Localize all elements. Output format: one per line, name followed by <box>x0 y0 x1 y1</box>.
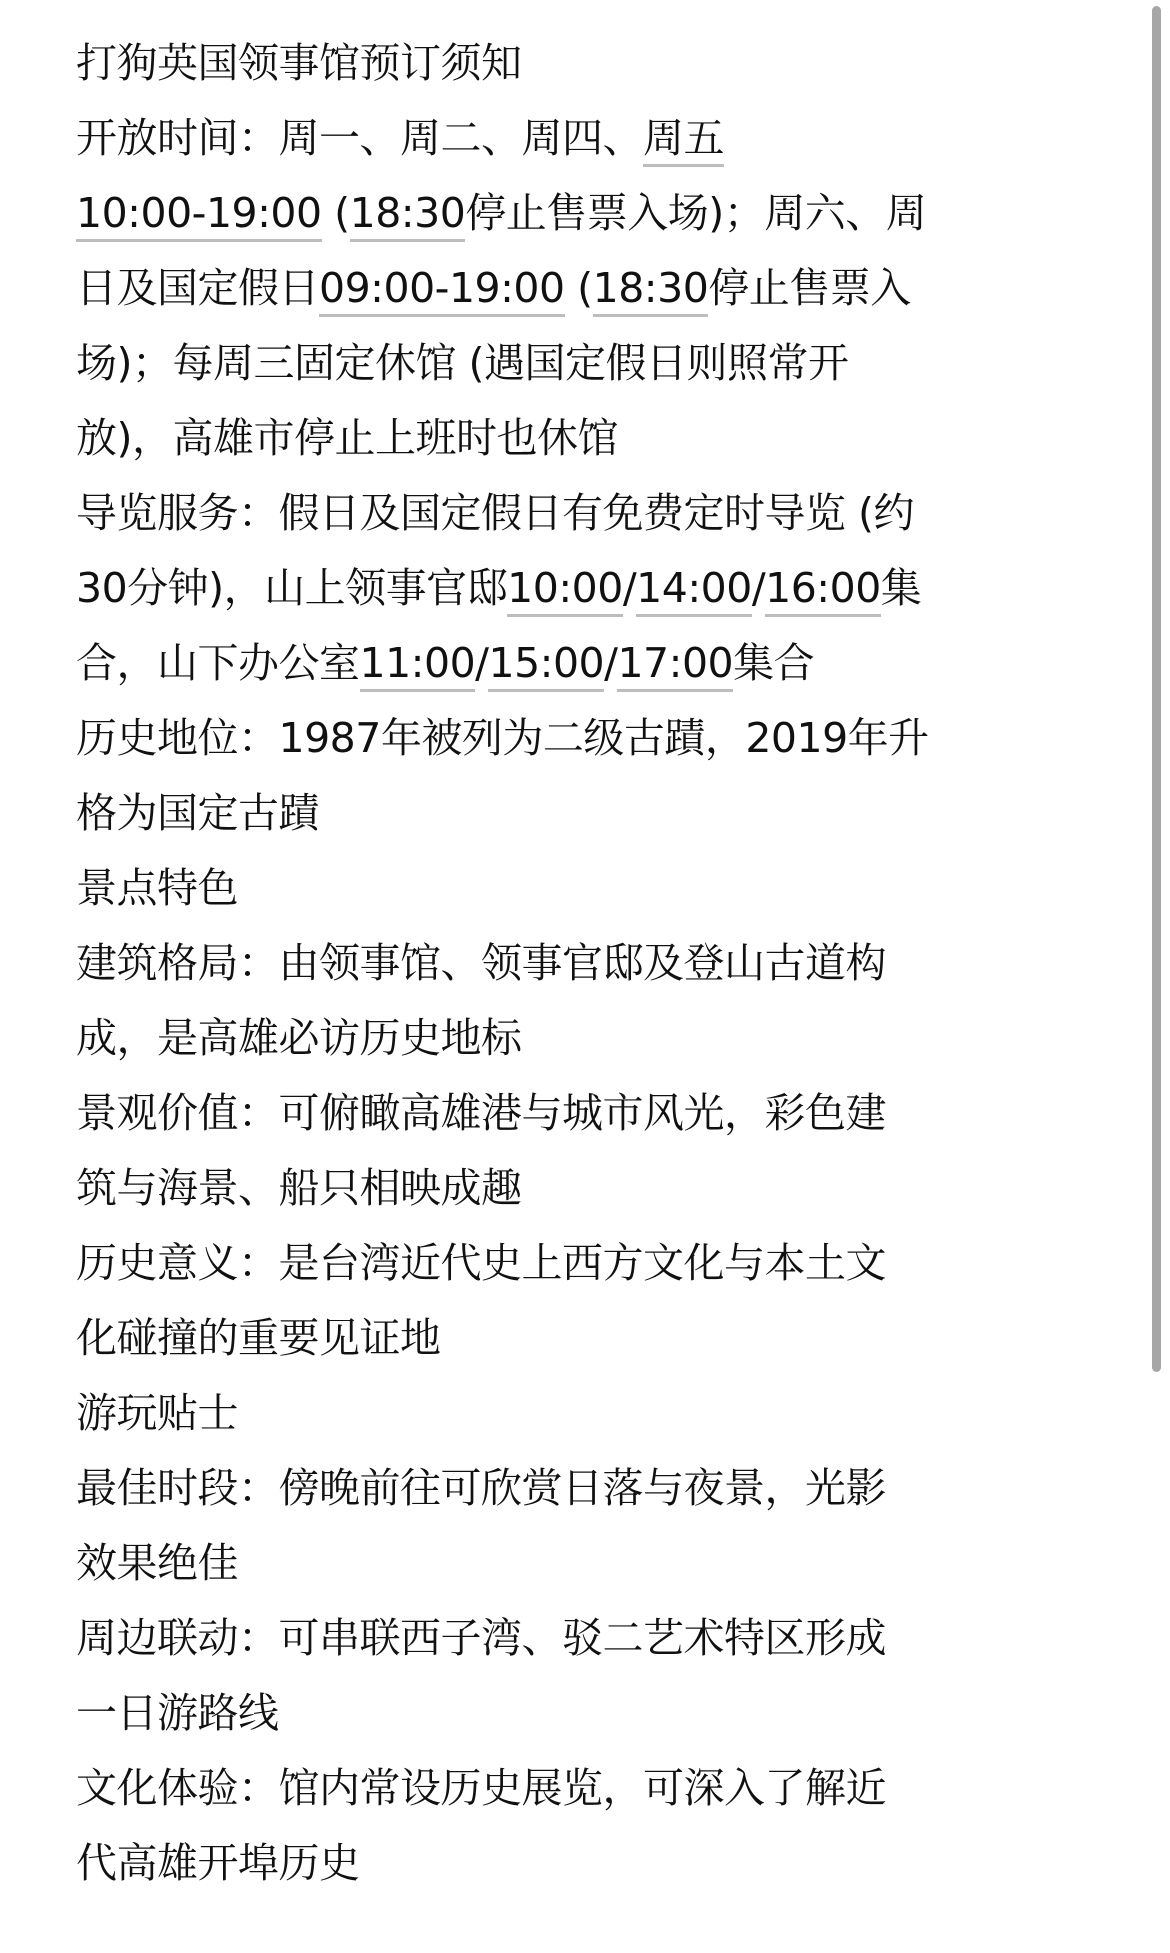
text-segment: 景观价值：可俯瞰高雄港与城市风光，彩色建 <box>76 1089 886 1137</box>
text-line: 30分钟)，山上领事官邸10:00/14:00/16:00集 <box>76 551 1116 626</box>
document-lines: 开放时间：周一、周二、周四、周五10:00-19:00 (18:30停止售票入场… <box>76 101 1116 1901</box>
text-line: 筑与海景、船只相映成趣 <box>76 1151 1116 1226</box>
text-segment: 景点特色 <box>76 864 238 912</box>
text-line: 10:00-19:00 (18:30停止售票入场)；周六、周 <box>76 176 1116 251</box>
text-segment: 停止售票入场)；周六、周 <box>465 189 926 237</box>
text-line: 历史地位：1987年被列为二级古蹟，2019年升 <box>76 701 1116 776</box>
text-line: 放)，高雄市停止上班时也休馆 <box>76 401 1116 476</box>
vertical-scrollbar[interactable] <box>1152 6 1161 1372</box>
text-segment: 建筑格局：由领事馆、领事官邸及登山古道构 <box>76 939 886 987</box>
detected-time-link[interactable]: 16:00 <box>765 564 881 617</box>
text-segment: 历史地位：1987年被列为二级古蹟，2019年升 <box>76 714 929 762</box>
text-segment: 导览服务：假日及国定假日有免费定时导览 (约 <box>76 489 914 537</box>
detected-time-link[interactable]: 周五 <box>643 114 724 167</box>
detected-time-link[interactable]: 14:00 <box>636 564 752 617</box>
text-segment: 集合 <box>733 639 814 687</box>
text-segment: 停止售票入 <box>708 264 911 312</box>
text-line: 效果绝佳 <box>76 1526 1116 1601</box>
text-segment: 效果绝佳 <box>76 1539 238 1587</box>
text-segment: 筑与海景、船只相映成趣 <box>76 1164 522 1212</box>
text-segment: ( <box>322 189 350 237</box>
text-line: 导览服务：假日及国定假日有免费定时导览 (约 <box>76 476 1116 551</box>
detected-time-link[interactable]: 18:30 <box>350 189 466 242</box>
text-segment: / <box>475 639 488 687</box>
detected-time-link[interactable]: 10:00 <box>507 564 623 617</box>
text-line: 最佳时段：傍晚前往可欣赏日落与夜景，光影 <box>76 1451 1116 1526</box>
text-segment: 文化体验：馆内常设历史展览，可深入了解近 <box>76 1764 886 1812</box>
text-segment: 放)，高雄市停止上班时也休馆 <box>76 414 618 462</box>
text-line: 一日游路线 <box>76 1676 1116 1751</box>
document-title: 打狗英国领事馆预订须知 <box>76 26 1116 101</box>
text-segment: 游玩贴士 <box>76 1389 238 1437</box>
detected-time-link[interactable]: 17:00 <box>617 639 733 692</box>
text-segment: 代高雄开埠历史 <box>76 1839 360 1887</box>
text-line: 日及国定假日09:00-19:00 (18:30停止售票入 <box>76 251 1116 326</box>
text-line: 场)；每周三固定休馆 (遇国定假日则照常开 <box>76 326 1116 401</box>
text-line: 成，是高雄必访历史地标 <box>76 1001 1116 1076</box>
text-line: 周边联动：可串联西子湾、驳二艺术特区形成 <box>76 1601 1116 1676</box>
text-line: 景点特色 <box>76 851 1116 926</box>
text-line: 代高雄开埠历史 <box>76 1826 1116 1901</box>
text-line: 游玩贴士 <box>76 1376 1116 1451</box>
document-body: 打狗英国领事馆预订须知 开放时间：周一、周二、周四、周五10:00-19:00 … <box>76 26 1116 1901</box>
text-line: 格为国定古蹟 <box>76 776 1116 851</box>
text-segment: ( <box>565 264 593 312</box>
text-segment: 最佳时段：傍晚前往可欣赏日落与夜景，光影 <box>76 1464 886 1512</box>
text-segment: 集 <box>881 564 922 612</box>
text-line: 建筑格局：由领事馆、领事官邸及登山古道构 <box>76 926 1116 1001</box>
detected-time-link[interactable]: 10:00-19:00 <box>76 189 322 242</box>
text-segment: 30分钟)，山上领事官邸 <box>76 564 507 612</box>
text-segment: 合，山下办公室 <box>76 639 360 687</box>
text-segment: 一日游路线 <box>76 1689 279 1737</box>
text-line: 景观价值：可俯瞰高雄港与城市风光，彩色建 <box>76 1076 1116 1151</box>
text-segment: 日及国定假日 <box>76 264 319 312</box>
text-segment: 开放时间：周一、周二、周四、 <box>76 114 643 162</box>
text-segment: 历史意义：是台湾近代史上西方文化与本土文 <box>76 1239 886 1287</box>
text-segment: / <box>623 564 636 612</box>
text-line: 化碰撞的重要见证地 <box>76 1301 1116 1376</box>
text-segment: / <box>752 564 765 612</box>
text-segment: 周边联动：可串联西子湾、驳二艺术特区形成 <box>76 1614 886 1662</box>
detected-time-link[interactable]: 15:00 <box>488 639 604 692</box>
text-segment: / <box>604 639 617 687</box>
text-segment: 成，是高雄必访历史地标 <box>76 1014 522 1062</box>
text-line: 历史意义：是台湾近代史上西方文化与本土文 <box>76 1226 1116 1301</box>
text-line: 合，山下办公室11:00/15:00/17:00集合 <box>76 626 1116 701</box>
text-segment: 格为国定古蹟 <box>76 789 319 837</box>
text-segment: 化碰撞的重要见证地 <box>76 1314 441 1362</box>
text-line: 开放时间：周一、周二、周四、周五 <box>76 101 1116 176</box>
text-segment: 场)；每周三固定休馆 (遇国定假日则照常开 <box>76 339 849 387</box>
detected-time-link[interactable]: 18:30 <box>593 264 709 317</box>
detected-time-link[interactable]: 09:00-19:00 <box>319 264 565 317</box>
detected-time-link[interactable]: 11:00 <box>360 639 476 692</box>
text-line: 文化体验：馆内常设历史展览，可深入了解近 <box>76 1751 1116 1826</box>
